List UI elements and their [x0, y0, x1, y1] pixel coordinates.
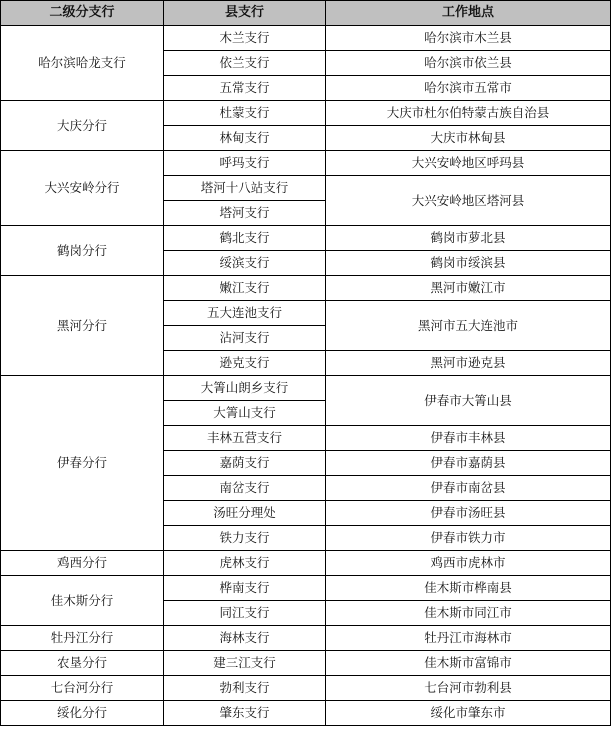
work-location-cell: 七台河市勃利县 [326, 676, 611, 701]
table-row: 伊春分行大箐山朗乡支行伊春市大箐山县 [1, 376, 611, 401]
county-branch-cell: 大箐山支行 [164, 401, 326, 426]
work-location-cell: 大兴安岭地区呼玛县 [326, 151, 611, 176]
county-branch-cell: 嫩江支行 [164, 276, 326, 301]
branch-location-table: 二级分支行 县支行 工作地点 哈尔滨哈龙支行木兰支行哈尔滨市木兰县依兰支行哈尔滨… [0, 0, 611, 726]
work-location-cell: 哈尔滨市木兰县 [326, 26, 611, 51]
county-branch-cell: 杜蒙支行 [164, 101, 326, 126]
work-location-cell: 黑河市嫩江市 [326, 276, 611, 301]
work-location-cell: 伊春市嘉荫县 [326, 451, 611, 476]
secondary-branch-cell: 大兴安岭分行 [1, 151, 164, 226]
county-branch-cell: 依兰支行 [164, 51, 326, 76]
county-branch-cell: 木兰支行 [164, 26, 326, 51]
header-work-location: 工作地点 [326, 1, 611, 26]
work-location-cell: 鹤岗市绥滨县 [326, 251, 611, 276]
work-location-cell: 伊春市南岔县 [326, 476, 611, 501]
county-branch-cell: 塔河十八站支行 [164, 176, 326, 201]
county-branch-cell: 海林支行 [164, 626, 326, 651]
work-location-cell: 大庆市杜尔伯特蒙古族自治县 [326, 101, 611, 126]
secondary-branch-cell: 佳木斯分行 [1, 576, 164, 626]
county-branch-cell: 勃利支行 [164, 676, 326, 701]
secondary-branch-cell: 鸡西分行 [1, 551, 164, 576]
table-row: 鸡西分行虎林支行鸡西市虎林市 [1, 551, 611, 576]
table-row: 哈尔滨哈龙支行木兰支行哈尔滨市木兰县 [1, 26, 611, 51]
secondary-branch-cell: 哈尔滨哈龙支行 [1, 26, 164, 101]
county-branch-cell: 鹤北支行 [164, 226, 326, 251]
work-location-cell: 鸡西市虎林市 [326, 551, 611, 576]
county-branch-cell: 嘉荫支行 [164, 451, 326, 476]
work-location-cell: 黑河市逊克县 [326, 351, 611, 376]
table-row: 大兴安岭分行呼玛支行大兴安岭地区呼玛县 [1, 151, 611, 176]
work-location-cell: 黑河市五大连池市 [326, 301, 611, 351]
secondary-branch-cell: 大庆分行 [1, 101, 164, 151]
table-row: 鹤岗分行鹤北支行鹤岗市萝北县 [1, 226, 611, 251]
work-location-cell: 绥化市肇东市 [326, 701, 611, 726]
table-row: 佳木斯分行桦南支行佳木斯市桦南县 [1, 576, 611, 601]
county-branch-cell: 林甸支行 [164, 126, 326, 151]
county-branch-cell: 桦南支行 [164, 576, 326, 601]
work-location-cell: 大兴安岭地区塔河县 [326, 176, 611, 226]
secondary-branch-cell: 伊春分行 [1, 376, 164, 551]
secondary-branch-cell: 黑河分行 [1, 276, 164, 376]
county-branch-cell: 绥滨支行 [164, 251, 326, 276]
county-branch-cell: 大箐山朗乡支行 [164, 376, 326, 401]
work-location-cell: 伊春市大箐山县 [326, 376, 611, 426]
county-branch-cell: 丰林五营支行 [164, 426, 326, 451]
county-branch-cell: 虎林支行 [164, 551, 326, 576]
county-branch-cell: 建三江支行 [164, 651, 326, 676]
work-location-cell: 伊春市丰林县 [326, 426, 611, 451]
table-row: 黑河分行嫩江支行黑河市嫩江市 [1, 276, 611, 301]
secondary-branch-cell: 绥化分行 [1, 701, 164, 726]
county-branch-cell: 塔河支行 [164, 201, 326, 226]
county-branch-cell: 呼玛支行 [164, 151, 326, 176]
table-row: 绥化分行肇东支行绥化市肇东市 [1, 701, 611, 726]
work-location-cell: 伊春市汤旺县 [326, 501, 611, 526]
work-location-cell: 大庆市林甸县 [326, 126, 611, 151]
table-row: 七台河分行勃利支行七台河市勃利县 [1, 676, 611, 701]
work-location-cell: 佳木斯市同江市 [326, 601, 611, 626]
county-branch-cell: 同江支行 [164, 601, 326, 626]
county-branch-cell: 汤旺分理处 [164, 501, 326, 526]
work-location-cell: 哈尔滨市依兰县 [326, 51, 611, 76]
county-branch-cell: 铁力支行 [164, 526, 326, 551]
work-location-cell: 佳木斯市桦南县 [326, 576, 611, 601]
header-secondary-branch: 二级分支行 [1, 1, 164, 26]
work-location-cell: 鹤岗市萝北县 [326, 226, 611, 251]
secondary-branch-cell: 牡丹江分行 [1, 626, 164, 651]
county-branch-cell: 南岔支行 [164, 476, 326, 501]
header-county-branch: 县支行 [164, 1, 326, 26]
work-location-cell: 哈尔滨市五常市 [326, 76, 611, 101]
county-branch-cell: 肇东支行 [164, 701, 326, 726]
table-body: 哈尔滨哈龙支行木兰支行哈尔滨市木兰县依兰支行哈尔滨市依兰县五常支行哈尔滨市五常市… [1, 26, 611, 726]
work-location-cell: 牡丹江市海林市 [326, 626, 611, 651]
county-branch-cell: 五大连池支行 [164, 301, 326, 326]
secondary-branch-cell: 七台河分行 [1, 676, 164, 701]
county-branch-cell: 沾河支行 [164, 326, 326, 351]
work-location-cell: 佳木斯市富锦市 [326, 651, 611, 676]
header-row: 二级分支行 县支行 工作地点 [1, 1, 611, 26]
work-location-cell: 伊春市铁力市 [326, 526, 611, 551]
secondary-branch-cell: 农垦分行 [1, 651, 164, 676]
county-branch-cell: 五常支行 [164, 76, 326, 101]
table-row: 农垦分行建三江支行佳木斯市富锦市 [1, 651, 611, 676]
table-row: 牡丹江分行海林支行牡丹江市海林市 [1, 626, 611, 651]
table-row: 大庆分行杜蒙支行大庆市杜尔伯特蒙古族自治县 [1, 101, 611, 126]
county-branch-cell: 逊克支行 [164, 351, 326, 376]
secondary-branch-cell: 鹤岗分行 [1, 226, 164, 276]
